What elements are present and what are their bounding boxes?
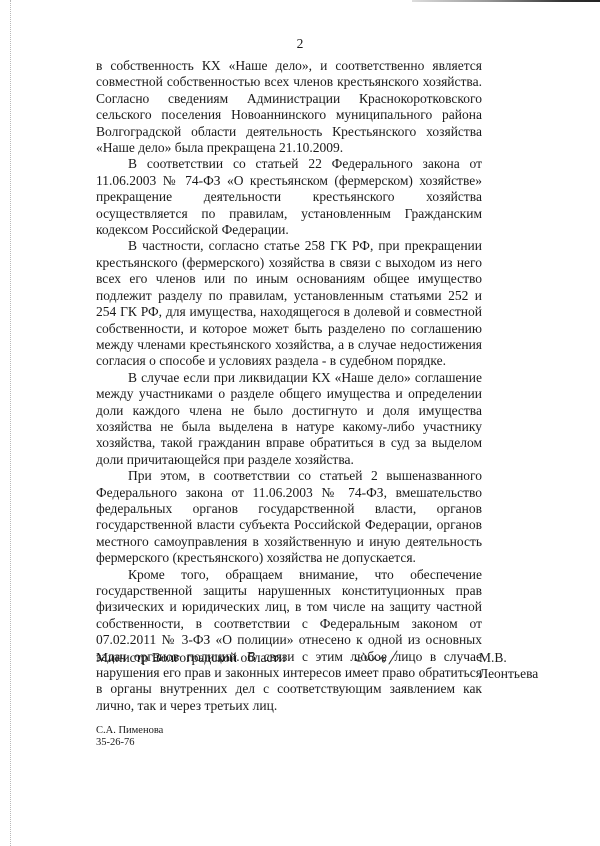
signature-block: Министр Волгоградской области М.В. Леонт…	[96, 650, 516, 672]
executor-name: С.А. Пименова	[96, 725, 163, 737]
scan-edge-left	[10, 0, 12, 846]
paragraph-1: в собственность КХ «Наше дело», и соотве…	[96, 58, 482, 156]
letter-body: в собственность КХ «Наше дело», и соотве…	[96, 58, 482, 714]
signer-role: Министр Волгоградской области	[96, 650, 286, 666]
paragraph-4: В случае если при ликвидации КХ «Наше де…	[96, 370, 482, 468]
paragraph-3: В частности, согласно статье 258 ГК РФ, …	[96, 238, 482, 369]
executor-block: С.А. Пименова 35-26-76	[96, 725, 163, 749]
handwritten-signature-icon	[351, 646, 411, 670]
scan-edge-top	[412, 0, 600, 2]
paragraph-5: При этом, в соответствии со статьей 2 вы…	[96, 468, 482, 566]
paragraph-6: Кроме того, обращаем внимание, что обесп…	[96, 567, 482, 715]
page-number: 2	[0, 36, 600, 52]
signer-name: М.В. Леонтьева	[479, 650, 538, 682]
paragraph-2: В соответствии со статьей 22 Федеральног…	[96, 156, 482, 238]
executor-phone: 35-26-76	[96, 737, 163, 749]
